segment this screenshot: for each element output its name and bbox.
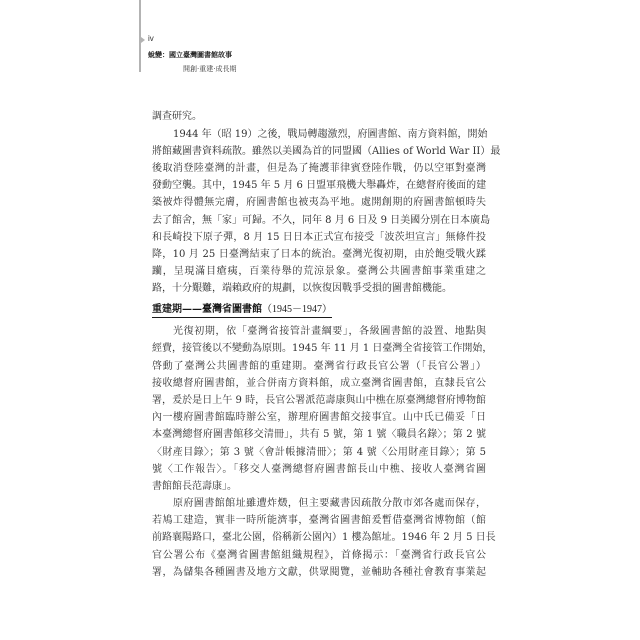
text-line: 書館館長范壽康」。 xyxy=(152,478,486,495)
section-heading: 重建期——臺灣省圖書館（1945－1947） xyxy=(152,301,486,318)
text-line: 去了館舍，無「家」可歸。不久，同年 8 月 6 日及 9 日美國分別在日本廣島 xyxy=(152,212,486,229)
text-line: 號〈工作報告〉。「移交人臺灣總督府圖書館長山中樵、接收人臺灣省圖 xyxy=(152,461,486,478)
text-line: 降，10 月 25 日臺灣結束了日本的統治。臺灣光復初期，由於飽受戰火蹂 xyxy=(152,246,486,263)
body-text: 調查研究。 1944 年（昭 19）之後，戰局轉趨激烈，府圖書館、南方資料館，開… xyxy=(152,108,486,581)
section-after-heading: 光復初期，依「臺灣省接管計畫綱要」，各級圖書館的設置、地點與 經費，接管後以不變… xyxy=(152,323,486,581)
text-line: 內一樓府圖書館臨時辦公室，辦理府圖書館交接事宜。山中氏已備妥「日 xyxy=(152,409,486,426)
text-line: 經費，接管後以不變動為原則。1945 年 11 月 1 日臺灣全省接管工作開始， xyxy=(152,340,486,357)
margin-rule xyxy=(139,0,141,72)
text-line: 接收總督府圖書館，並合併南方資料館，成立臺灣省圖書館，直隸長官公 xyxy=(152,375,486,392)
text-line: 後取消登陸臺灣的計畫，但是為了掩護菲律賓登陸作戰，仍以空軍對臺灣 xyxy=(152,160,486,177)
text-line: 築被炸得體無完膚，府圖書館也被夷為平地。處開創期的府圖書館頓時失 xyxy=(152,194,486,211)
text-line: 和長崎投下原子彈，8 月 15 日日本正式宣布接受「波茨坦宣言」無條件投 xyxy=(152,229,486,246)
text-line: 署，爰於是日上午 9 時，長官公署派范壽康與山中樵在原臺灣總督府博物館 xyxy=(152,392,486,409)
running-header-subtitle: 開創‧重建‧成長期 xyxy=(183,64,236,74)
text-line: 調查研究。 xyxy=(152,108,486,125)
text-line: 啓動了臺灣公共圖書館的重建期。臺灣省行政長官公署（「長官公署」） xyxy=(152,358,486,375)
section-heading-underlined: 重建期——臺灣省圖書館（1945－1947） xyxy=(152,303,332,318)
section-heading-title: 重建期——臺灣省圖書館 xyxy=(152,304,262,315)
text-line: 前路襄陽路口，臺北公園，俗稱新公園內）1 樓為館址。1946 年 2 月 5 日… xyxy=(152,529,486,546)
text-line: 路，十分艱難，端賴政府的規劃，以恢復因戰爭受損的圖書館機能。 xyxy=(152,280,486,297)
text-line: 〈財產目錄〉；第 3 號〈會計帳據清冊〉；第 4 號〈公用財產目錄〉；第 5 xyxy=(152,444,486,461)
text-line: 署，為儲集各種圖書及地方文獻，供眾閱覽，並輔助各種社會教育事業起 xyxy=(152,564,486,581)
book-page: iv 蛻變：國立臺灣圖書館故事 開創‧重建‧成長期 調查研究。 1944 年（昭… xyxy=(0,0,640,640)
section-heading-years: （1945－1947） xyxy=(262,304,332,315)
page-number: iv xyxy=(148,34,154,44)
page-marker-icon xyxy=(141,37,145,43)
text-line: 若鳩工建造，實非一時所能濟事，臺灣省圖書館爰暫借臺灣省博物館（館 xyxy=(152,512,486,529)
text-line: 躪，呈現滿目瘡痍，百業待舉的荒涼景象。臺灣公共圖書館事業重建之 xyxy=(152,263,486,280)
section-before-heading: 調查研究。 1944 年（昭 19）之後，戰局轉趨激烈，府圖書館、南方資料館，開… xyxy=(152,108,486,297)
text-line: 發動空襲。其中，1945 年 5 月 6 日盟軍飛機大舉轟炸，在總督府後面的建 xyxy=(152,177,486,194)
paragraph-first-line: 1944 年（昭 19）之後，戰局轉趨激烈，府圖書館、南方資料館，開始 xyxy=(152,126,486,143)
paragraph-first-line: 原府圖書館館址雖遭炸燬，但主要藏書因疏散分散市郊各處而保存， xyxy=(152,495,486,512)
running-header-title: 蛻變：國立臺灣圖書館故事 xyxy=(148,50,232,60)
text-line: 官公署公布《臺灣省圖書館組織規程》，首條揭示：「臺灣省行政長官公 xyxy=(152,547,486,564)
text-line: 將館藏圖書資料疏散。雖然以美國為首的同盟國（Allies of World Wa… xyxy=(152,143,486,160)
text-line: 本臺灣總督府圖書館移交清冊」，共有 5 號，第 1 號〈職員名錄〉；第 2 號 xyxy=(152,426,486,443)
paragraph-first-line: 光復初期，依「臺灣省接管計畫綱要」，各級圖書館的設置、地點與 xyxy=(152,323,486,340)
